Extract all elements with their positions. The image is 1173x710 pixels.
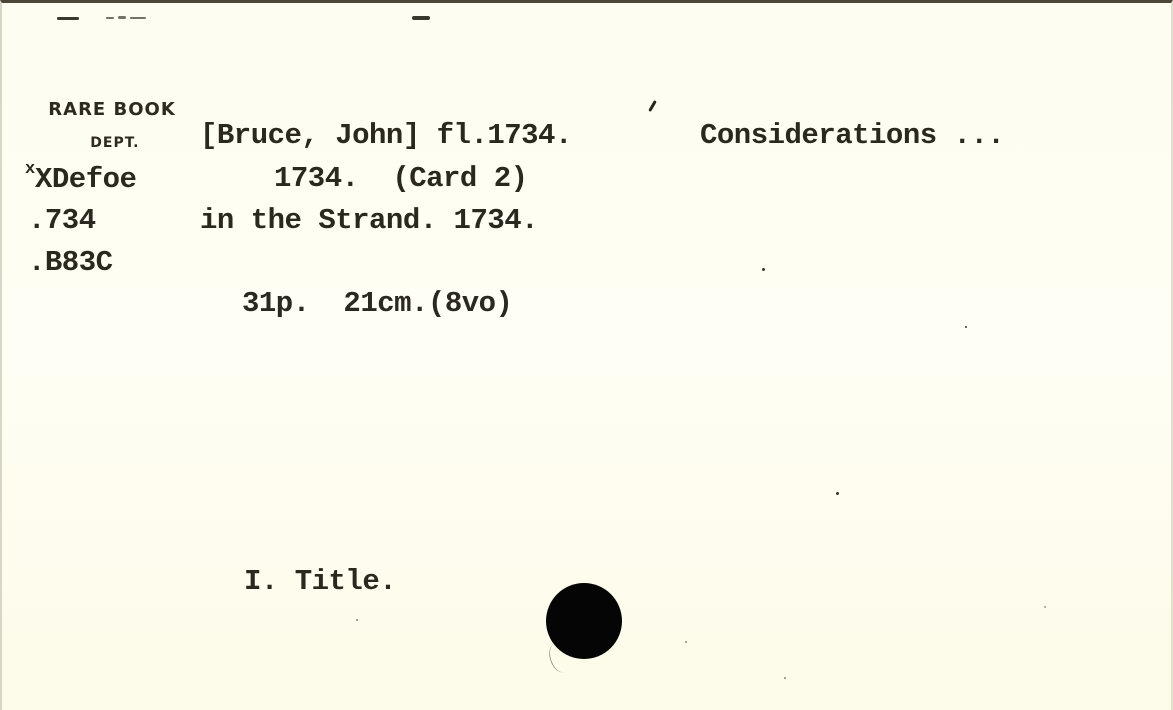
accent-mark <box>648 100 657 112</box>
call-number-prefix-mark: x <box>25 161 35 178</box>
publisher-line: in the Strand. 1734. <box>200 206 538 235</box>
top-mark <box>130 17 146 19</box>
top-mark <box>412 16 430 20</box>
top-mark <box>106 17 114 19</box>
stamp-text: DEPT. <box>90 135 139 151</box>
call-number-line: XDefoe <box>35 165 136 194</box>
catalog-card: RARE BOOK DEPT. x XDefoe .734 .B83C [Bru… <box>0 0 1173 710</box>
paper-speck <box>762 268 765 271</box>
paper-speck <box>784 677 786 679</box>
paper-speck <box>965 326 967 328</box>
top-mark <box>57 17 79 20</box>
dept-stamp: DEPT. <box>64 118 139 166</box>
imprint-line: 1734. (Card 2) <box>274 164 528 193</box>
paper-speck <box>685 641 687 643</box>
paper-speck <box>356 619 358 621</box>
top-mark <box>118 16 126 19</box>
collation-line: 31p. 21cm.(8vo) <box>242 289 512 318</box>
stamp-text: RARE BOOK <box>48 99 176 120</box>
paper-speck <box>1044 606 1046 608</box>
call-number-line: .B83C <box>28 248 113 277</box>
author-heading: [Bruce, John] fl.1734. <box>200 121 572 150</box>
call-number-line: .734 <box>28 206 96 235</box>
tracing-line: I. Title. <box>244 567 396 596</box>
paper-speck <box>836 492 839 495</box>
title-text: Considerations ... <box>700 121 1004 150</box>
